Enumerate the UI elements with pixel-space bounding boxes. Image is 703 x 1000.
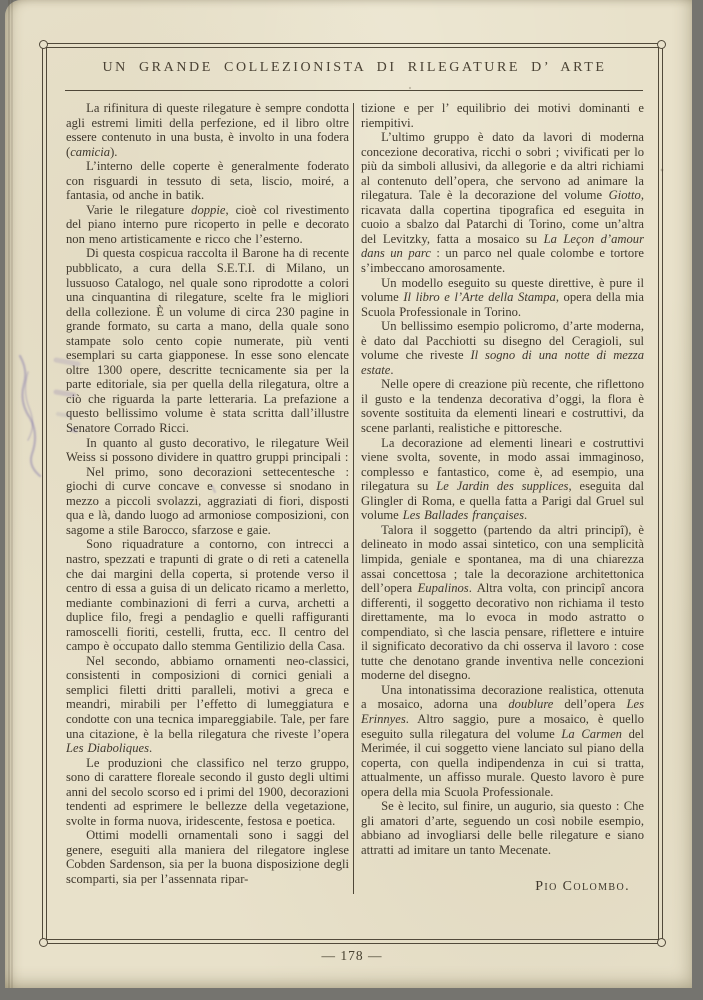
paragraph: Nel secondo, abbiamo ornamenti neo-class… bbox=[66, 654, 349, 756]
paragraph: Una intonatissima decorazione realistica… bbox=[361, 683, 644, 799]
title-rule bbox=[65, 90, 643, 91]
paragraph: tizione e per l’ equilibrio dei motivi d… bbox=[361, 101, 644, 130]
paragraph: Nel primo, sono decorazioni settecentesc… bbox=[66, 465, 349, 538]
paragraph: In quanto al gusto decorativo, le rilega… bbox=[66, 436, 349, 465]
column-right-text: tizione e per l’ equilibrio dei motivi d… bbox=[361, 101, 644, 857]
column-left: La rifinitura di queste rilegature è sem… bbox=[66, 101, 349, 941]
corner-ring-ornament bbox=[39, 40, 48, 49]
paragraph: Varie le rilegature doppie, cioè col riv… bbox=[66, 203, 349, 247]
paragraph: La decorazione ad elementi lineari e cos… bbox=[361, 436, 644, 523]
corner-ring-ornament bbox=[657, 938, 666, 947]
article-body: La rifinitura di queste rilegature è sem… bbox=[66, 101, 644, 941]
paragraph: Nelle opere di creazione più recente, ch… bbox=[361, 377, 644, 435]
scan-background: { "page": { "header": { "title": "UN GRA… bbox=[0, 0, 703, 1000]
paragraph: L’ultimo gruppo è dato da lavori di mode… bbox=[361, 130, 644, 275]
author-signature: Pio Colombo. bbox=[361, 879, 644, 895]
page-number: — 178 — bbox=[42, 948, 662, 964]
paragraph: Un bellissimo esempio policromo, d’arte … bbox=[361, 319, 644, 377]
paragraph: Ottimi modelli ornamentali sono i saggi … bbox=[66, 828, 349, 886]
paragraph: La rifinitura di queste rilegature è sem… bbox=[66, 101, 349, 159]
article-title: UN GRANDE COLLEZIONISTA DI RILEGATURE D’… bbox=[66, 60, 643, 76]
column-right: tizione e per l’ equilibrio dei motivi d… bbox=[361, 101, 644, 941]
corner-ring-ornament bbox=[657, 40, 666, 49]
paragraph: Le produzioni che classifico nel terzo g… bbox=[66, 756, 349, 829]
paragraph: Talora il soggetto (partendo da altri pr… bbox=[361, 523, 644, 683]
paragraph: Sono riquadrature a contorno, con intrec… bbox=[66, 537, 349, 653]
corner-ring-ornament bbox=[39, 938, 48, 947]
paragraph: Se è lecito, sul finire, un augurio, sia… bbox=[361, 799, 644, 857]
paragraph: Di questa cospicua raccolta il Barone ha… bbox=[66, 246, 349, 435]
paragraph: Un modello eseguito su queste direttive,… bbox=[361, 276, 644, 320]
paragraph: L’interno delle coperte è generalmente f… bbox=[66, 159, 349, 203]
